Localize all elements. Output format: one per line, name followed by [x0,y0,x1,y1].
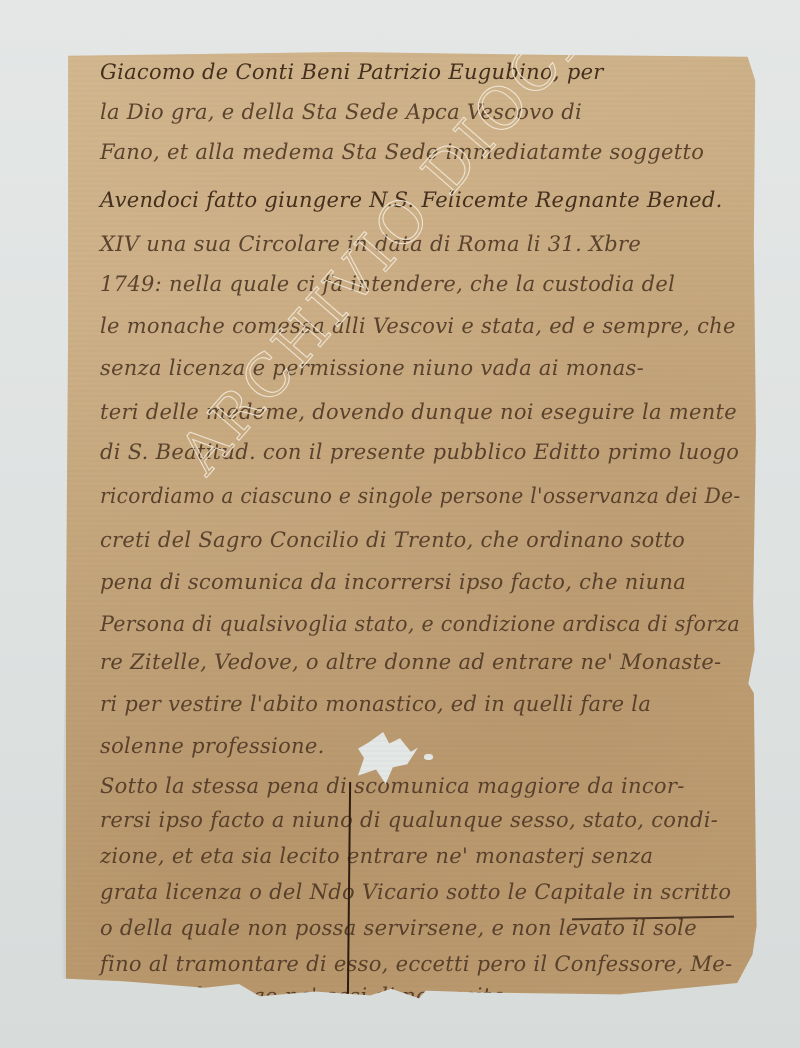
manuscript-line: ricordiamo a ciascuno e singole persone … [100,484,740,508]
manuscript-line: grata licenza o del Ndo Vicario sotto le… [100,880,731,904]
manuscript-line: le monache comessa alli Vescovi e stata,… [100,314,736,338]
manuscript-line: Sotto la stessa pena di scomunica maggio… [100,774,685,798]
manuscript-line: creti del Sagro Concilio di Trento, che … [100,528,685,552]
manuscript-page: Giacomo de Conti Beni Patrizio Eugubino,… [66,52,758,1002]
manuscript-line: teri delle medeme, dovendo dunque noi es… [100,400,737,424]
manuscript-line: rersi ipso facto a niuno di qualunque se… [100,808,718,832]
manuscript-line: solenne professione. [100,734,325,758]
manuscript-line: Persona di qualsivoglia stato, e condizi… [100,612,740,636]
manuscript-line: Giacomo de Conti Beni Patrizio Eugubino,… [100,60,604,84]
manuscript-line: pena di scomunica da incorrersi ipso fac… [100,570,686,594]
manuscript-line: XIV una sua Circolare in data di Roma li… [100,232,641,256]
manuscript-line: ri per vestire l'abito monastico, ed in … [100,692,651,716]
manuscript-line: o della quale non possa servirsene, e no… [100,916,697,940]
manuscript-line: la Dio gra, e della Sta Sede Apca Vescov… [100,100,582,124]
manuscript-line: re Zitelle, Vedove, o altre donne ad ent… [100,650,721,674]
manuscript-line: di S. Beatitud. con il presente pubblico… [100,440,739,464]
manuscript-line: Fano, et alla medema Sta Sede immediatam… [100,140,704,164]
manuscript-line: fino al tramontare di esso, eccetti pero… [100,952,732,976]
manuscript-line: 1749: nella quale ci fa intendere, che l… [100,272,675,296]
paper-hole-small [424,754,433,760]
manuscript-line: Avendoci fatto giungere N.S. Felicemte R… [100,188,723,212]
manuscript-line: zione, et eta sia lecito entrare ne' mon… [100,844,653,868]
manuscript-line: senza licenza e permissione niuno vada a… [100,356,644,380]
